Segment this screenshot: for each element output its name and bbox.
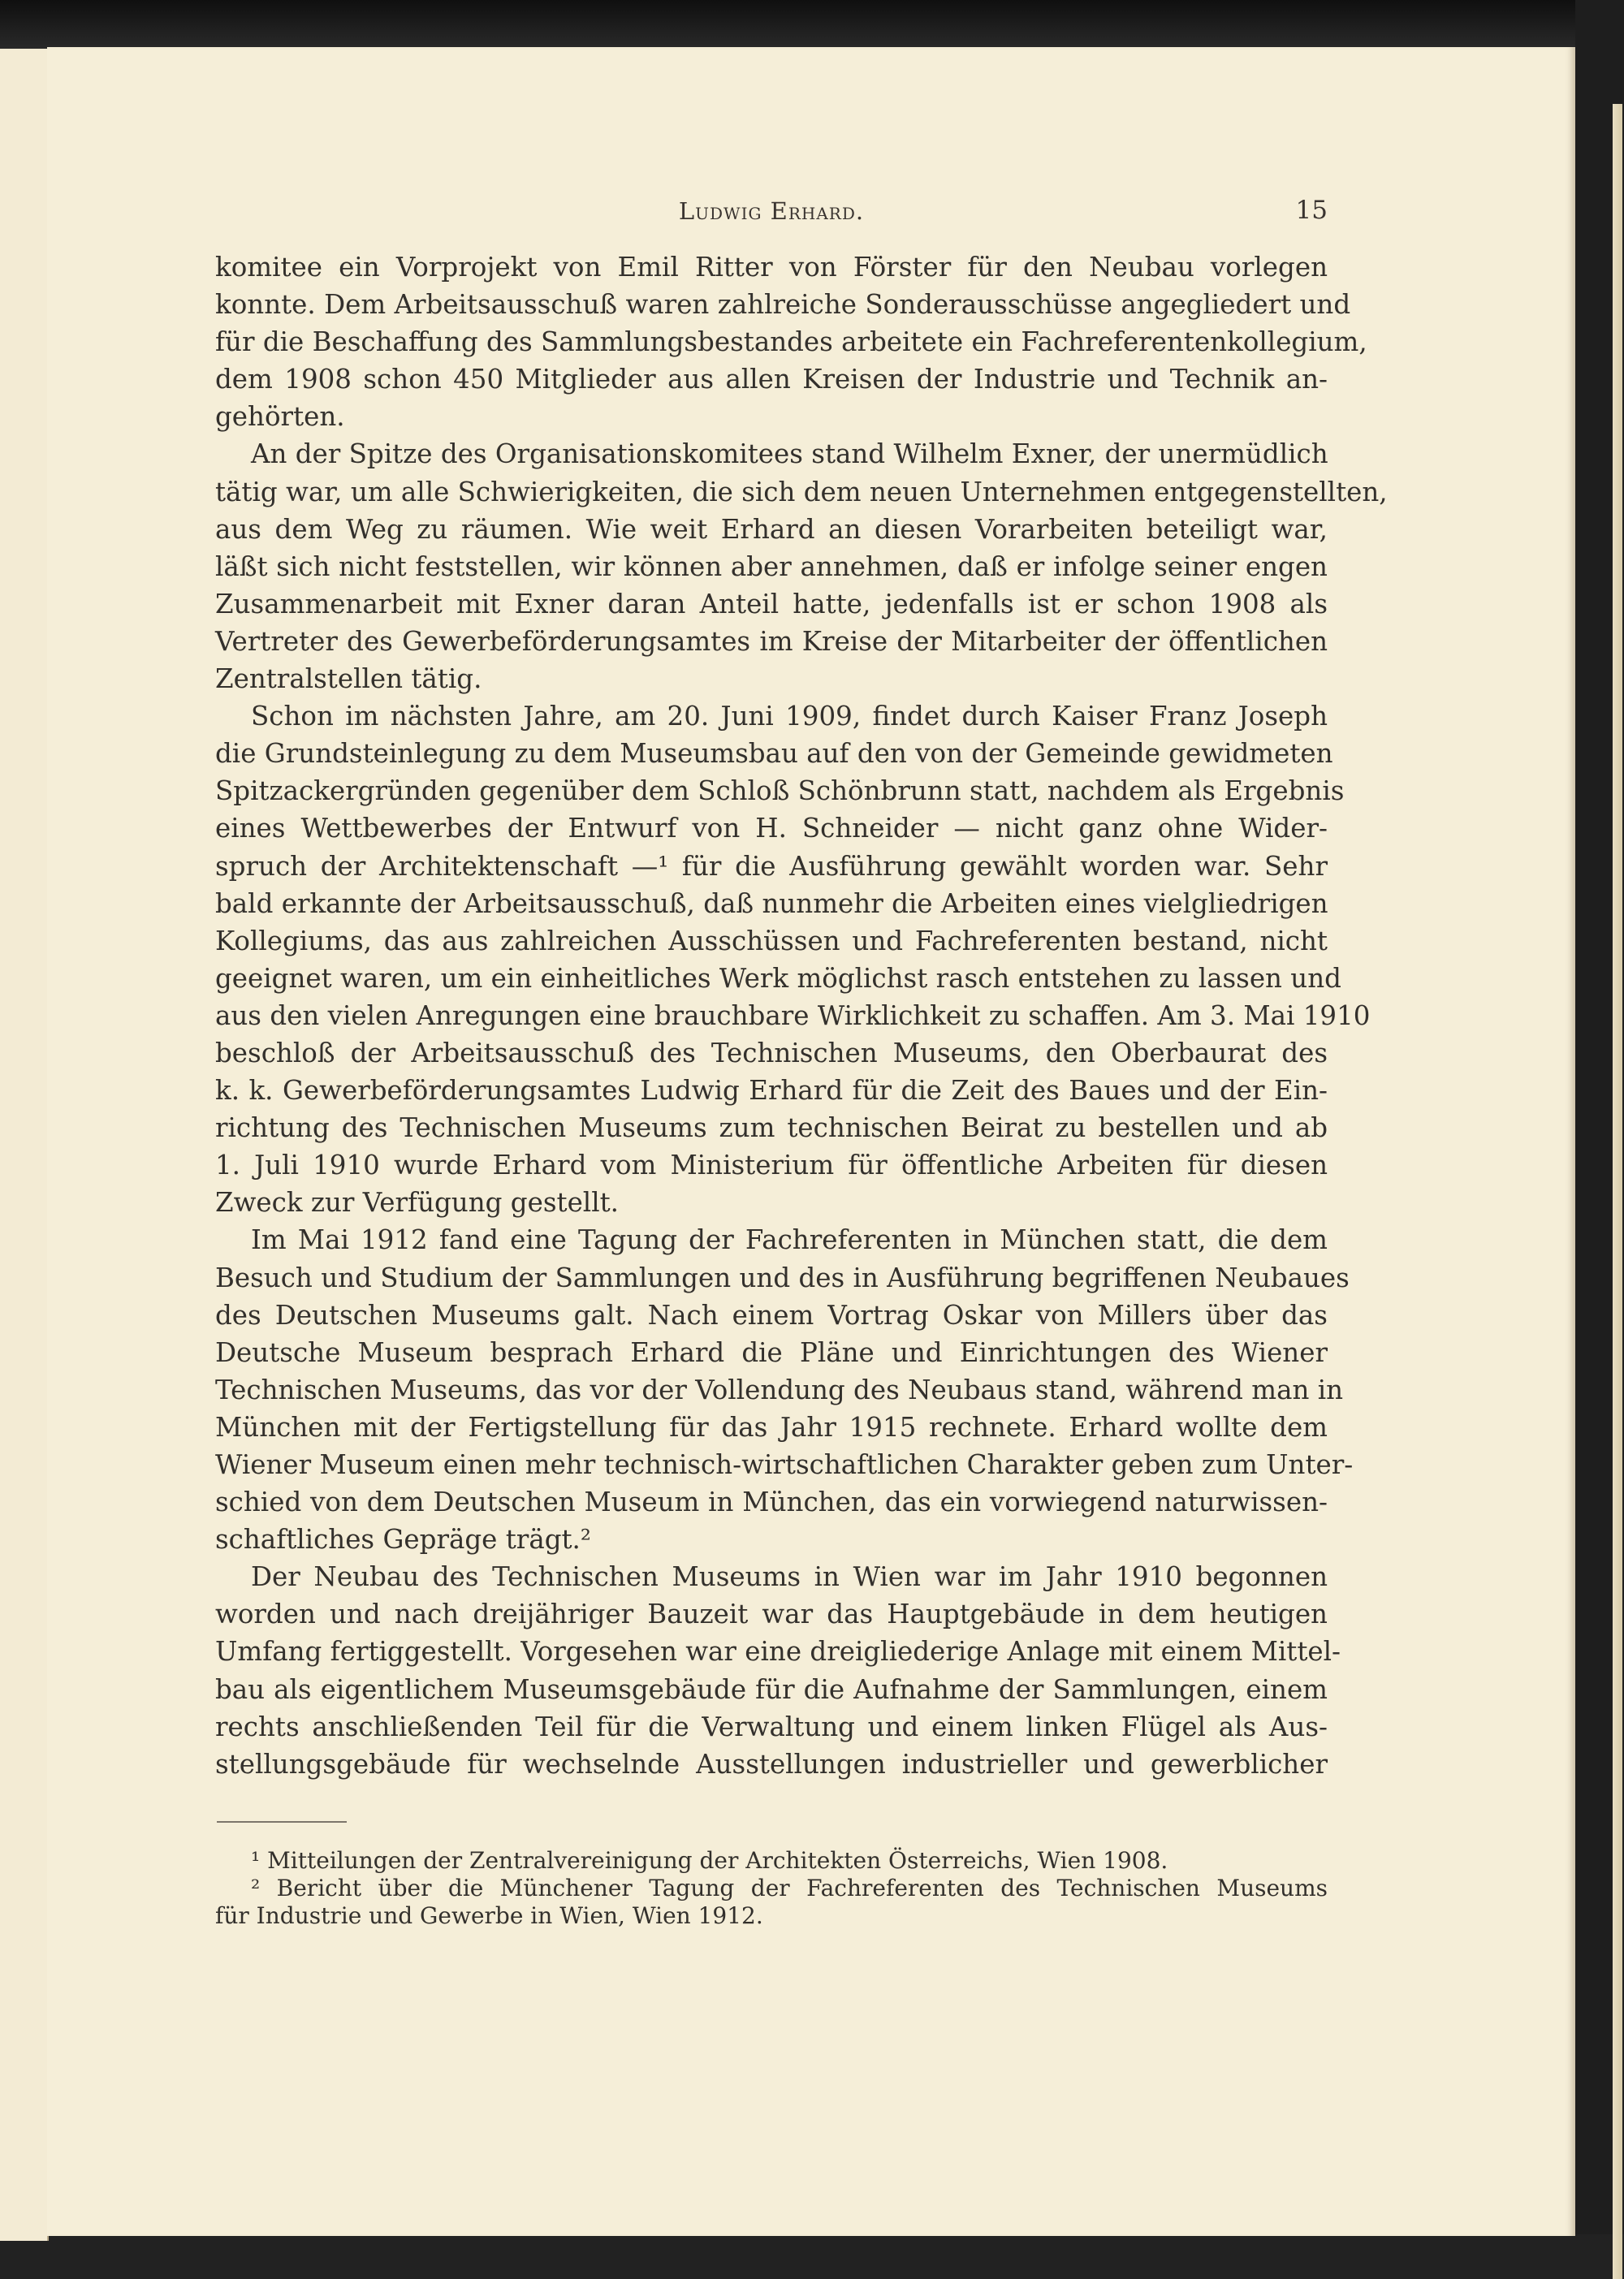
- text-line: läßt sich nicht feststellen, wir können …: [215, 548, 1328, 585]
- text-line: Der Neubau des Technischen Museums in Wi…: [215, 1558, 1328, 1595]
- text-line: aus den vielen Anregungen eine brauchbar…: [215, 997, 1328, 1034]
- text-line: stellungsgebäude für wechselnde Ausstell…: [215, 1746, 1328, 1783]
- text-line: richtung des Technischen Museums zum tec…: [215, 1109, 1328, 1146]
- text-line: Kollegiums, das aus zahlreichen Ausschüs…: [215, 922, 1328, 960]
- text-line: konnte. Dem Arbeitsausschuß waren zahlre…: [215, 286, 1328, 323]
- text-line: spruch der Architektenschaft —¹ für die …: [215, 848, 1328, 885]
- text-line: München mit der Fertigstellung für das J…: [215, 1409, 1328, 1446]
- scan-background-bottom: [0, 2234, 1624, 2279]
- text-line: die Grundsteinlegung zu dem Museumsbau a…: [215, 735, 1328, 772]
- text-line: Umfang fertiggestellt. Vorgesehen war ei…: [215, 1633, 1328, 1670]
- text-line: bald erkannte der Arbeitsausschuß, daß n…: [215, 885, 1328, 922]
- text-line: tätig war, um alle Schwierigkeiten, die …: [215, 473, 1328, 511]
- text-line: 1. Juli 1910 wurde Erhard vom Ministeriu…: [215, 1146, 1328, 1184]
- running-title: Ludwig Erhard.: [215, 197, 1328, 225]
- text-line: aus dem Weg zu räumen. Wie weit Erhard a…: [215, 511, 1328, 548]
- text-line: komitee ein Vorprojekt von Emil Ritter v…: [215, 248, 1328, 286]
- text-line: Im Mai 1912 fand eine Tagung der Fachref…: [215, 1221, 1328, 1258]
- text-line: Zweck zur Verfügung gestellt.: [215, 1184, 1328, 1221]
- running-header: Ludwig Erhard. 15: [215, 191, 1328, 231]
- footnotes: ¹ Mitteilungen der Zentralvereinigung de…: [215, 1847, 1328, 1930]
- footnote-line: ¹ Mitteilungen der Zentralvereinigung de…: [215, 1847, 1328, 1875]
- text-line: Deutsche Museum besprach Erhard die Plän…: [215, 1334, 1328, 1371]
- body-text: komitee ein Vorprojekt von Emil Ritter v…: [215, 248, 1328, 1783]
- text-line: beschloß der Arbeitsausschuß des Technis…: [215, 1034, 1328, 1072]
- text-line: Besuch und Studium der Sammlungen und de…: [215, 1259, 1328, 1297]
- text-line: für die Beschaffung des Sammlungsbestand…: [215, 323, 1328, 360]
- scan-background-top: [0, 0, 1624, 50]
- text-line: gehörten.: [215, 398, 1328, 435]
- footnote-line: für Industrie und Gewerbe in Wien, Wien …: [215, 1902, 1328, 1930]
- page-number: 15: [1296, 196, 1328, 225]
- text-line: An der Spitze des Organisationskomitees …: [215, 435, 1328, 473]
- text-line: schied von dem Deutschen Museum in Münch…: [215, 1483, 1328, 1521]
- text-line: schaftliches Gepräge trägt.²: [215, 1521, 1328, 1558]
- text-line: Zusammenarbeit mit Exner daran Anteil ha…: [215, 585, 1328, 623]
- text-line: Zentralstellen tätig.: [215, 660, 1328, 697]
- text-line: Technischen Museums, das vor der Vollend…: [215, 1371, 1328, 1409]
- book-page: Ludwig Erhard. 15 komitee ein Vorprojekt…: [47, 47, 1575, 2236]
- text-line: dem 1908 schon 450 Mitglieder aus allen …: [215, 360, 1328, 398]
- footnote-divider: [217, 1821, 347, 1823]
- text-line: bau als eigentlichem Museumsgebäude für …: [215, 1671, 1328, 1708]
- text-line: worden und nach dreijähriger Bauzeit war…: [215, 1595, 1328, 1633]
- text-line: eines Wettbewerbes der Entwurf von H. Sc…: [215, 809, 1328, 847]
- text-line: Spitzackergründen gegenüber dem Schloß S…: [215, 772, 1328, 809]
- text-line: Schon im nächsten Jahre, am 20. Juni 190…: [215, 697, 1328, 735]
- text-line: Vertreter des Gewerbeförderungsamtes im …: [215, 623, 1328, 660]
- previous-page-edge: [0, 49, 49, 2241]
- text-line: geeignet waren, um ein einheitliches Wer…: [215, 960, 1328, 997]
- page-stack-edge: [1613, 104, 1622, 2279]
- footnote-line: ² Bericht über die Münchener Tagung der …: [215, 1875, 1328, 1902]
- text-line: Wiener Museum einen mehr technisch-wirts…: [215, 1446, 1328, 1483]
- text-line: rechts anschließenden Teil für die Verwa…: [215, 1708, 1328, 1746]
- text-line: des Deutschen Museums galt. Nach einem V…: [215, 1297, 1328, 1334]
- text-line: k. k. Gewerbeförderungsamtes Ludwig Erha…: [215, 1072, 1328, 1109]
